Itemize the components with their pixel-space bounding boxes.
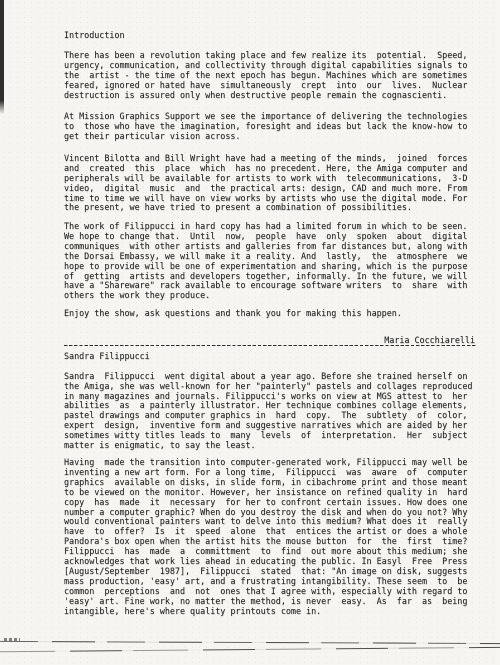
page-edge-scan-line-top <box>0 641 500 645</box>
artist-bio-paragraph-1: Sandra Filippucci went digital about a y… <box>64 372 476 451</box>
intro-paragraph-5: Enjoy the show, ask questions and thank … <box>64 309 476 319</box>
document-body: Introduction There has been a revolution… <box>64 0 476 617</box>
intro-paragraph-1: There has been a revolution taking place… <box>64 51 476 101</box>
intro-paragraph-2: At Mission Graphics Support we see the i… <box>64 112 476 142</box>
page-edge-scan-line-bottom <box>0 647 500 653</box>
intro-paragraph-3: Vincent Bilotta and Bill Wright have had… <box>64 154 476 213</box>
document-title: Introduction <box>64 31 476 41</box>
intro-paragraph-4: The work of Filippucci in hard copy has … <box>64 222 476 301</box>
section-heading-artist-name: Sandra Filippucci <box>64 352 476 362</box>
scan-edge-artifact <box>0 0 4 114</box>
artist-bio-paragraph-2: Having made the transition into computer… <box>64 458 476 617</box>
scanned-document-page: Introduction There has been a revolution… <box>0 0 500 665</box>
